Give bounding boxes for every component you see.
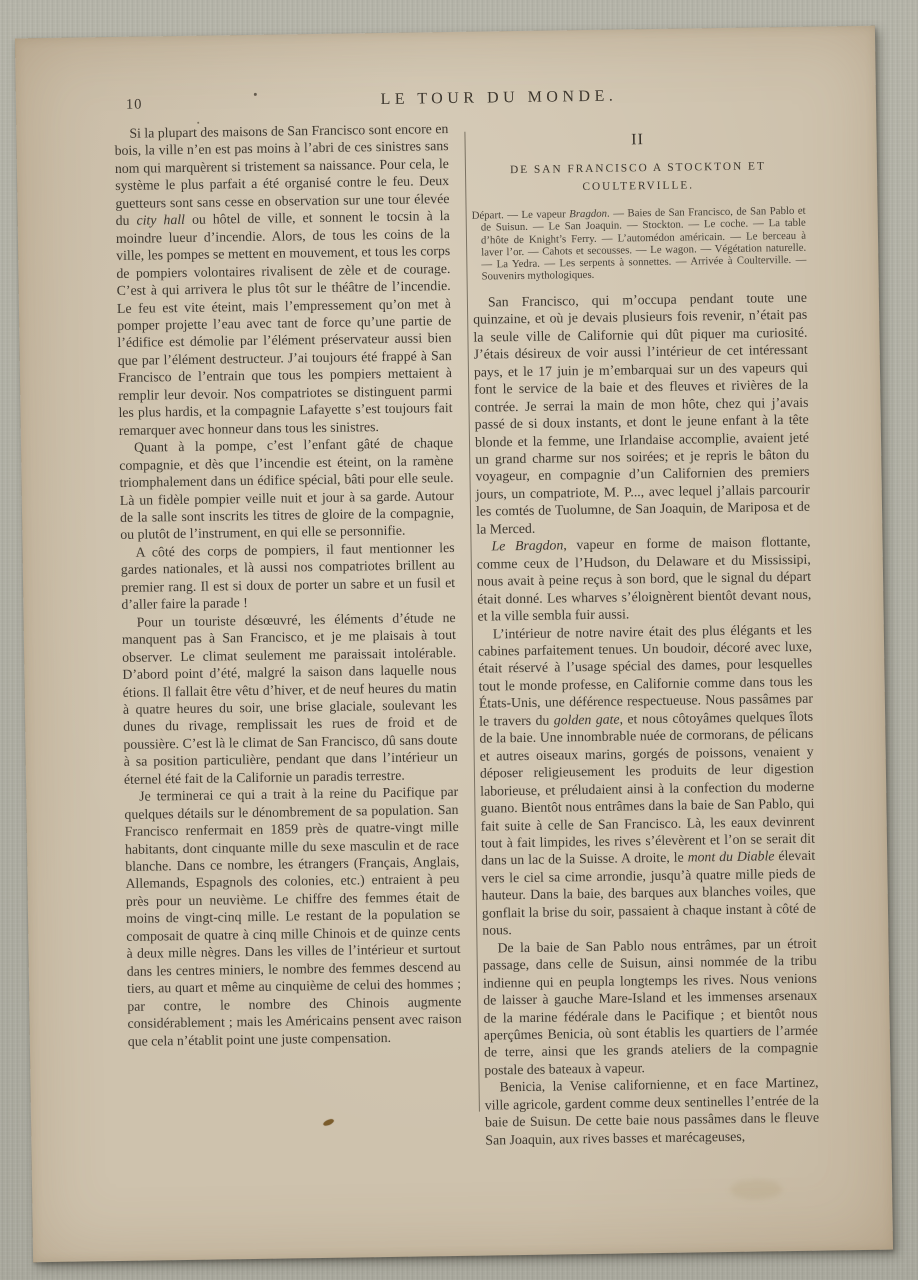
paragraph: Pour un touriste désœuvré, les éléments … [122, 609, 459, 788]
paragraph: L’intérieur de notre navire était des pl… [478, 620, 817, 939]
paragraph: Je terminerai ce qui a trait à la reine … [124, 783, 462, 1050]
right-column: II DE SAN FRANCISCO A STOCKTON ET COULTE… [470, 115, 819, 1149]
chapter-body: San Francisco, qui m’occupa pendant tout… [473, 289, 820, 1149]
paragraph: Si la plupart des maisons de San Francis… [114, 120, 453, 439]
left-column: Si la plupart des maisons de San Francis… [114, 120, 462, 1050]
chapter-title: DE SAN FRANCISCO A STOCKTON ET COULTERVI… [471, 158, 805, 198]
ink-speck [254, 93, 257, 96]
paper-stain [730, 1179, 782, 1200]
chapter-summary: Départ. — Le vapeur Bragdon. — Baies de … [472, 205, 807, 283]
page-header: 10 LE TOUR DU MONDE. [114, 85, 804, 119]
paragraph: De la baie de San Pablo nous entrâmes, p… [482, 934, 818, 1079]
page-number: 10 [126, 97, 143, 114]
running-title: LE TOUR DU MONDE. [154, 84, 844, 112]
paragraph: Quant à la pompe, c’est l’enfant gâté de… [119, 434, 455, 544]
paragraph: Benicia, la Venise californienne, et en … [484, 1074, 819, 1149]
paragraph: San Francisco, qui m’occupa pendant tout… [473, 289, 811, 538]
page-paper: 10 LE TOUR DU MONDE. Si la plupart des m… [15, 26, 893, 1263]
paragraph: A côté des corps de pompiers, il faut me… [120, 539, 455, 614]
text-columns: Si la plupart des maisons de San Francis… [114, 115, 819, 1154]
ink-speck [197, 122, 199, 124]
chapter-number: II [470, 129, 804, 151]
paragraph: Le Bragdon, vapeur en forme de maison fl… [476, 533, 811, 625]
scan-surface: { "header": { "page_number": "10", "jour… [0, 0, 918, 1280]
